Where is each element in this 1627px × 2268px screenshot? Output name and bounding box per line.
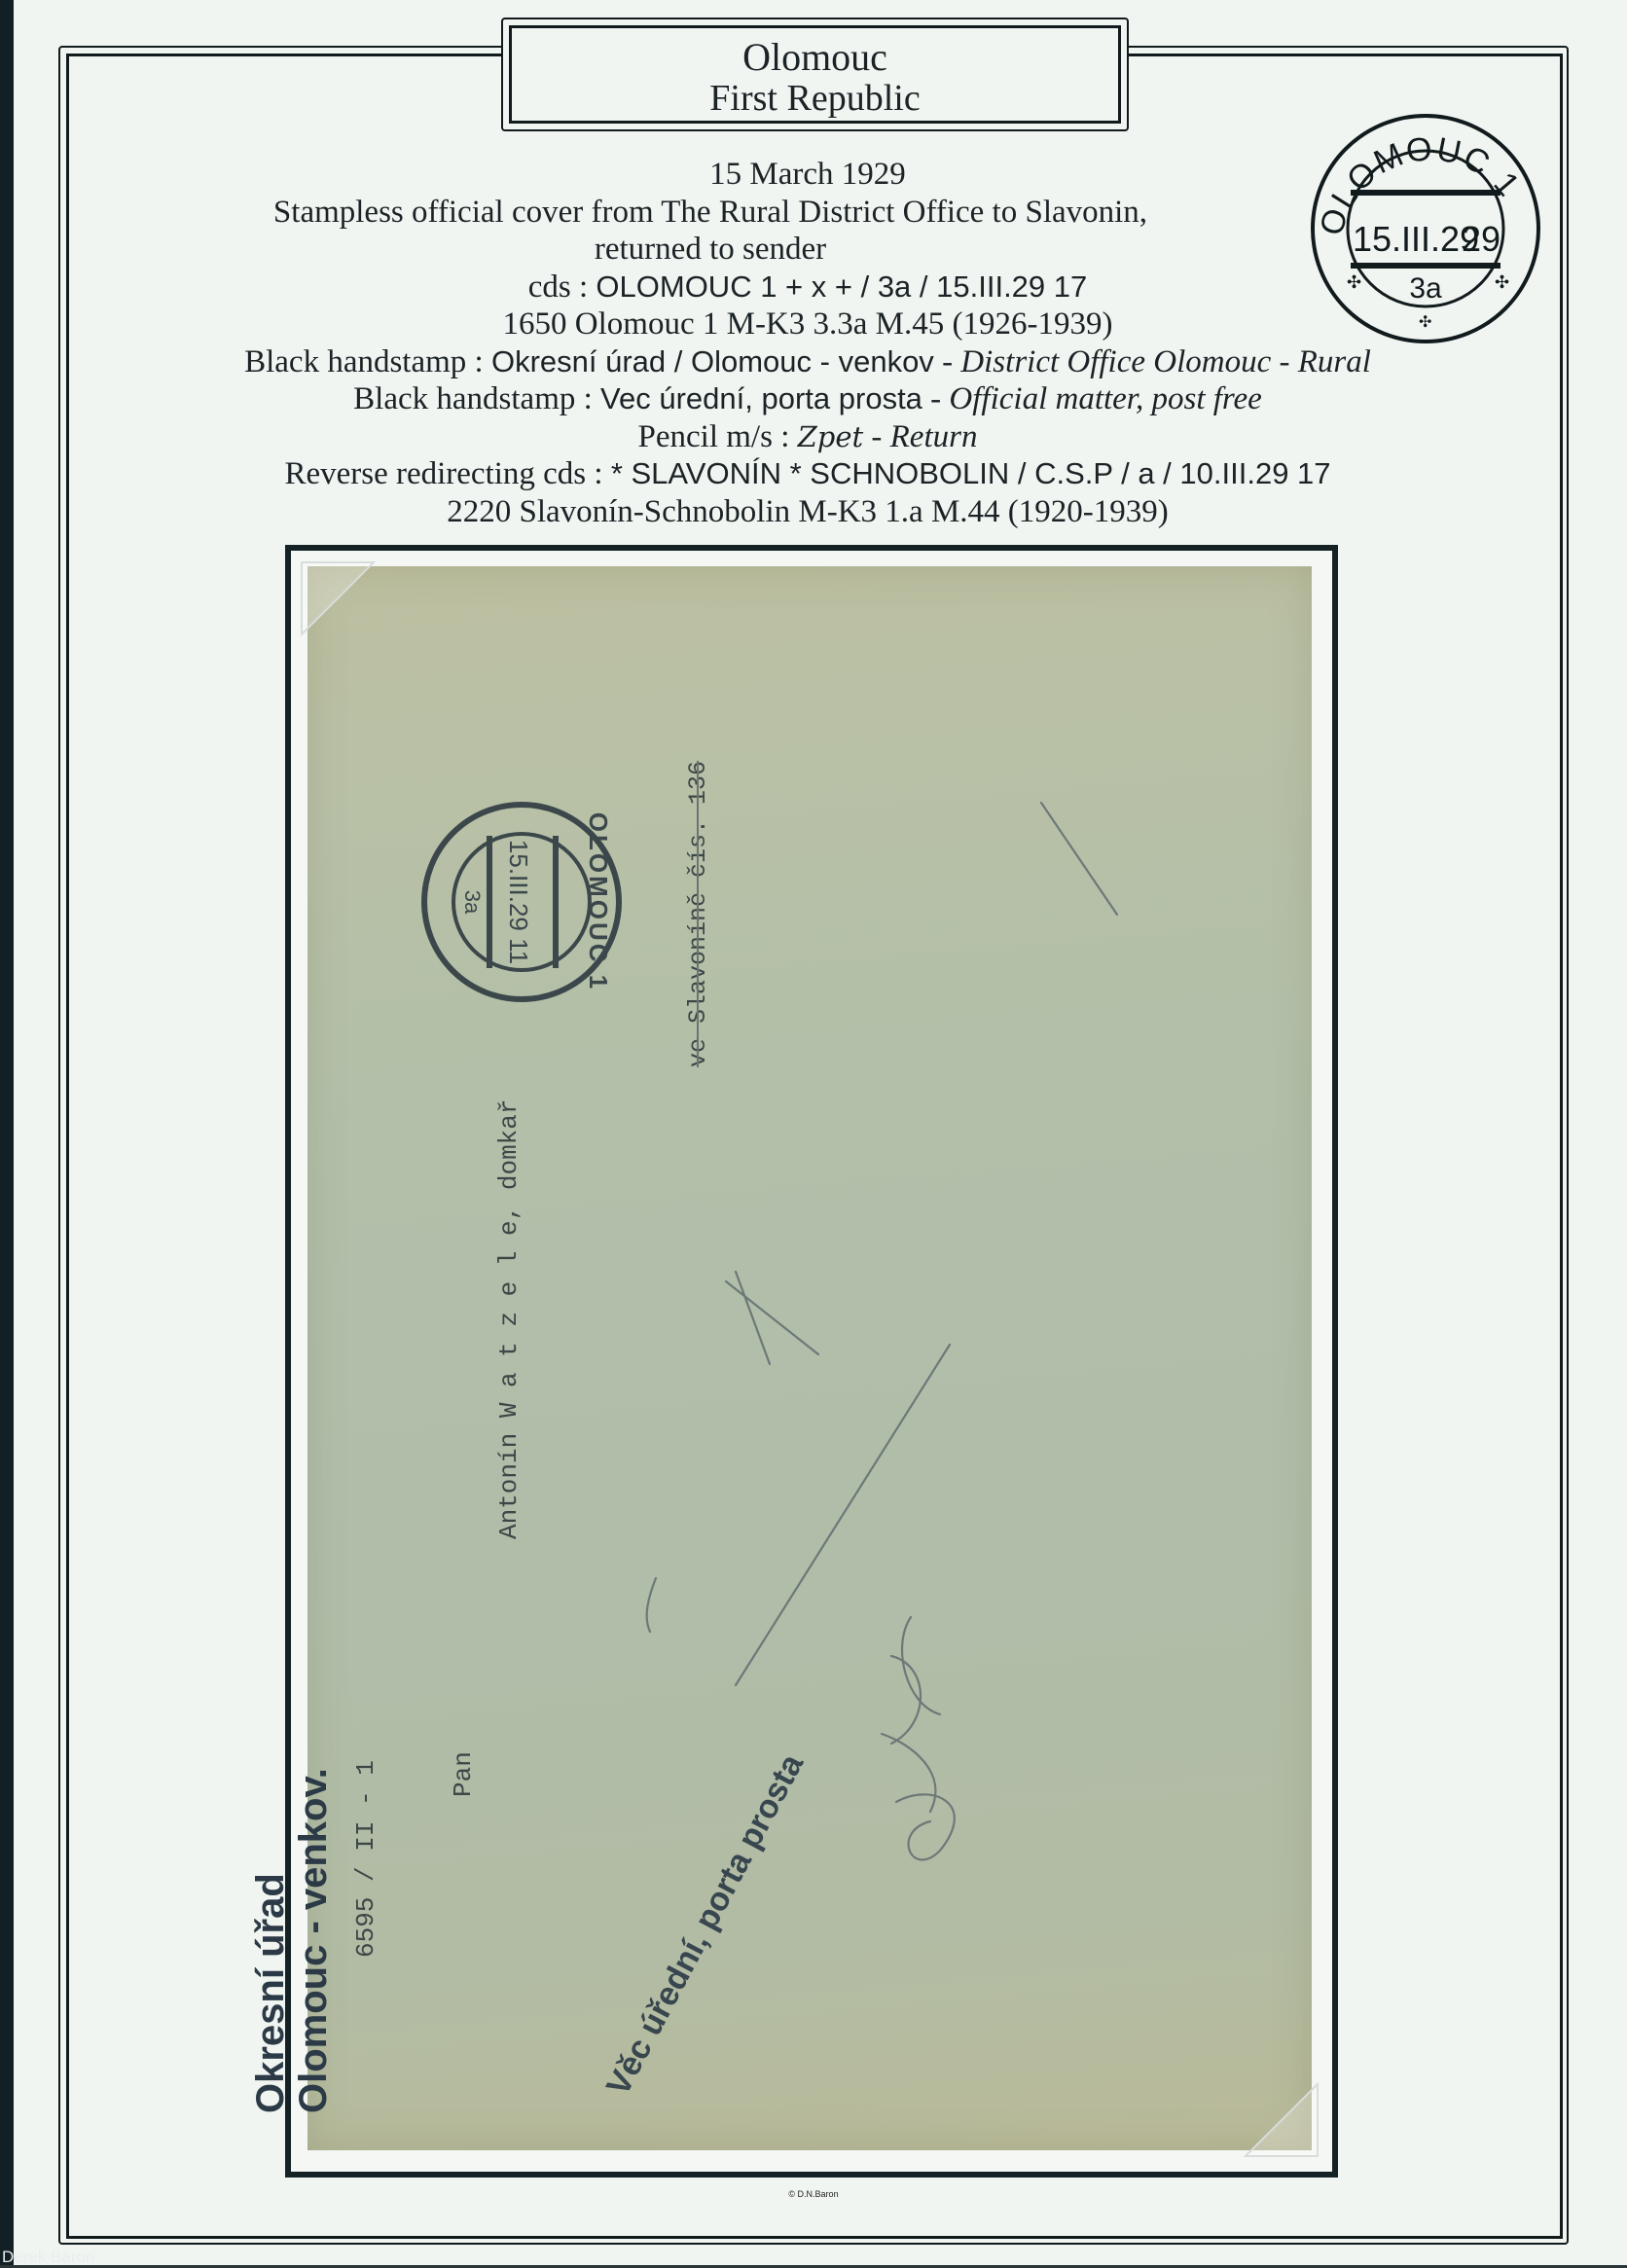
pencil-strike-line bbox=[736, 1345, 950, 1685]
envelope-cancel-town: OLOMOUC 1 bbox=[584, 812, 613, 991]
envelope-official-handstamp: Věc úřední, porta prosta bbox=[599, 1748, 812, 2103]
postmark-illustration: OLOMOUC 1 15.III.29 29 3a ✣ ✣ ✣ bbox=[1304, 107, 1547, 350]
envelope-office-handstamp: Okresní úřad Olomouc - venkov. bbox=[249, 1768, 335, 2113]
pencil-slash-right bbox=[1041, 803, 1117, 915]
pencil-zpet-handwriting bbox=[882, 1617, 955, 1859]
pencil-line: Pencil m/s : Zpet - Return bbox=[78, 418, 1537, 456]
page-title: Olomouc bbox=[512, 36, 1118, 79]
envelope-cancel-date: 15.III.29 11 bbox=[504, 840, 533, 964]
pencil-tick-1 bbox=[736, 1272, 770, 1364]
postmark-ornament-left-icon: ✣ bbox=[1347, 272, 1361, 292]
pencil-value: Zpet bbox=[798, 420, 864, 453]
handstamp-2-label: Black handstamp : bbox=[353, 381, 600, 416]
page-subtitle: First Republic bbox=[512, 79, 1118, 118]
handstamp-1-value: Okresní úrad / Olomouc - venkov bbox=[491, 344, 934, 378]
envelope-cancel-postmark: 15.III.29 11 3a OLOMOUC 1 bbox=[415, 795, 629, 1009]
envelope-addressee: Antonín W a t z e l e, domkař bbox=[494, 1099, 524, 1539]
scan-edge-strip bbox=[0, 0, 14, 2268]
envelope-address: ve Slavoníně čís. 136 bbox=[684, 761, 712, 1067]
photo-corner-bottom-right bbox=[1242, 2080, 1320, 2158]
cover-summary: Stampless official cover from The Rural … bbox=[0, 194, 1440, 232]
reverse-cds-label: Reverse redirecting cds : bbox=[284, 456, 610, 491]
handstamp-2-translation: - Official matter, post free bbox=[922, 381, 1262, 416]
reverse-cds-value: * SLAVONÍN * SCHNOBOLIN / C.S.P / a / 10… bbox=[611, 456, 1331, 490]
office-handstamp-line1: Okresní úřad bbox=[249, 1768, 292, 2113]
cds-label: cds : bbox=[528, 270, 597, 305]
pencil-mark-small bbox=[647, 1578, 656, 1632]
photo-corner-top-left bbox=[300, 560, 378, 638]
title-box-inner: Olomouc First Republic bbox=[509, 25, 1121, 124]
postmark-date: 15.III.29 bbox=[1353, 219, 1479, 259]
handstamp-2-value: Vec úrední, porta prosta bbox=[600, 381, 922, 415]
pencil-label: Pencil m/s : bbox=[638, 419, 798, 454]
office-handstamp-line2: Olomouc - venkov. bbox=[292, 1768, 335, 2113]
pencil-translation: - Return bbox=[863, 419, 977, 454]
postmark-office: 3a bbox=[1409, 272, 1442, 305]
envelope-salutation: Pan bbox=[449, 1751, 478, 1797]
handstamp-1-label: Black handstamp : bbox=[244, 344, 491, 379]
copyright: © D.N.Baron bbox=[0, 2189, 1627, 2199]
pencil-tick-2 bbox=[726, 1281, 818, 1354]
reverse-catalogue: 2220 Slavonín-Schnobolin M-K3 1.a M.44 (… bbox=[78, 493, 1537, 531]
cds-value: OLOMOUC 1 + x + / 3a / 15.III.29 17 bbox=[596, 270, 1087, 304]
cover-summary-cont: returned to sender bbox=[0, 231, 1440, 269]
envelope: 15.III.29 11 3a OLOMOUC 1 ve Slavoníně č… bbox=[307, 566, 1312, 2150]
envelope-reference: 6595 / II - 1 bbox=[351, 1760, 380, 1958]
postmark-hour: 29 bbox=[1462, 219, 1500, 259]
envelope-cancel-office: 3a bbox=[460, 890, 485, 915]
title-box: Olomouc First Republic bbox=[501, 18, 1129, 131]
postmark-ornament-right-icon: ✣ bbox=[1495, 272, 1509, 292]
handstamp-2-line: Black handstamp : Vec úrední, porta pros… bbox=[78, 380, 1537, 418]
postmark-ornament-bottom-icon: ✣ bbox=[1419, 314, 1431, 331]
reverse-cds-line: Reverse redirecting cds : * SLAVONÍN * S… bbox=[78, 455, 1537, 493]
watermark: Derek Baron bbox=[2, 2248, 94, 2267]
